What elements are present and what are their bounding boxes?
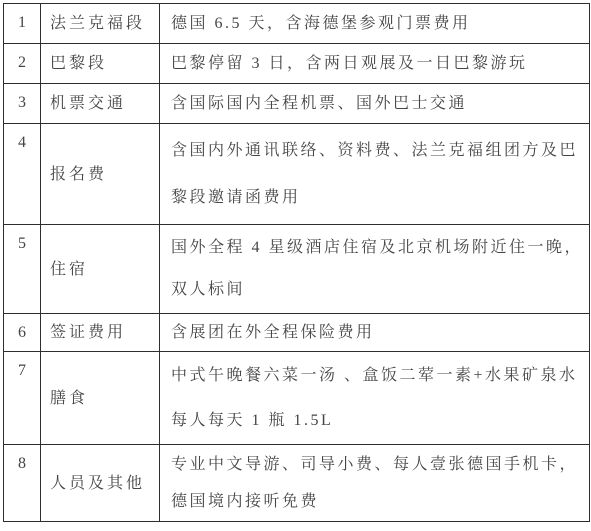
table-row: 6 签证费用 含展团在外全程保险费用 bbox=[4, 314, 590, 352]
category-cell: 住宿 bbox=[41, 225, 160, 314]
description-cell: 专业中文导游、司导小费、每人壹张德国手机卡， 德国境内接听免费 bbox=[160, 445, 590, 522]
table-row: 8 人员及其他 专业中文导游、司导小费、每人壹张德国手机卡， 德国境内接听免费 bbox=[4, 445, 590, 522]
row-number-cell: 2 bbox=[4, 44, 41, 84]
itinerary-cost-table: 1 法兰克福段 德国 6.5 天，含海德堡参观门票费用 2 巴黎段 巴黎停留 3… bbox=[3, 3, 590, 522]
description-cell: 国外全程 4 星级酒店住宿及北京机场附近住一晚， 双人标间 bbox=[160, 225, 590, 314]
table-row: 2 巴黎段 巴黎停留 3 日，含两日观展及一日巴黎游玩 bbox=[4, 44, 590, 84]
category-cell: 机票交通 bbox=[41, 84, 160, 124]
description-cell: 中式午晚餐六菜一汤 、盒饭二荤一素+水果矿泉水 每人每天 1 瓶 1.5L bbox=[160, 352, 590, 445]
row-number-cell: 7 bbox=[4, 352, 41, 445]
description-cell: 德国 6.5 天，含海德堡参观门票费用 bbox=[160, 4, 590, 44]
table-row: 4 报名费 含国内外通讯联络、资料费、法兰克福组团方及巴 黎段邀请函费用 bbox=[4, 124, 590, 225]
row-number-cell: 1 bbox=[4, 4, 41, 44]
row-number-cell: 4 bbox=[4, 124, 41, 225]
row-number-cell: 5 bbox=[4, 225, 41, 314]
category-cell: 法兰克福段 bbox=[41, 4, 160, 44]
description-cell: 含国内外通讯联络、资料费、法兰克福组团方及巴 黎段邀请函费用 bbox=[160, 124, 590, 225]
document-page: 1 法兰克福段 德国 6.5 天，含海德堡参观门票费用 2 巴黎段 巴黎停留 3… bbox=[0, 0, 591, 522]
category-cell: 人员及其他 bbox=[41, 445, 160, 522]
description-cell: 含展团在外全程保险费用 bbox=[160, 314, 590, 352]
table-row: 3 机票交通 含国际国内全程机票、国外巴士交通 bbox=[4, 84, 590, 124]
category-cell: 签证费用 bbox=[41, 314, 160, 352]
table-row: 1 法兰克福段 德国 6.5 天，含海德堡参观门票费用 bbox=[4, 4, 590, 44]
category-cell: 报名费 bbox=[41, 124, 160, 225]
category-cell: 膳食 bbox=[41, 352, 160, 445]
row-number-cell: 6 bbox=[4, 314, 41, 352]
category-cell: 巴黎段 bbox=[41, 44, 160, 84]
table-row: 7 膳食 中式午晚餐六菜一汤 、盒饭二荤一素+水果矿泉水 每人每天 1 瓶 1.… bbox=[4, 352, 590, 445]
row-number-cell: 3 bbox=[4, 84, 41, 124]
table-row: 5 住宿 国外全程 4 星级酒店住宿及北京机场附近住一晚， 双人标间 bbox=[4, 225, 590, 314]
row-number-cell: 8 bbox=[4, 445, 41, 522]
description-cell: 含国际国内全程机票、国外巴士交通 bbox=[160, 84, 590, 124]
description-cell: 巴黎停留 3 日，含两日观展及一日巴黎游玩 bbox=[160, 44, 590, 84]
